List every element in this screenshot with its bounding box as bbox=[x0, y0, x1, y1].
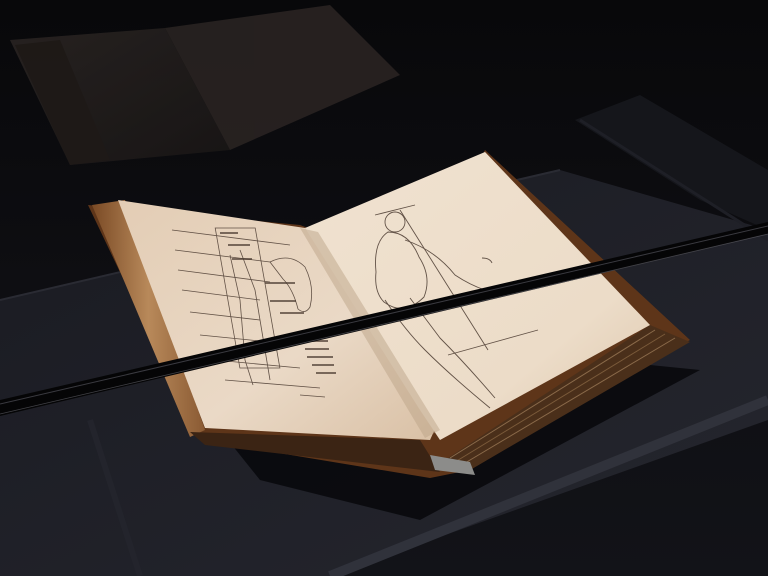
book-display-illustration bbox=[0, 0, 768, 576]
display-case-photo bbox=[0, 0, 768, 576]
